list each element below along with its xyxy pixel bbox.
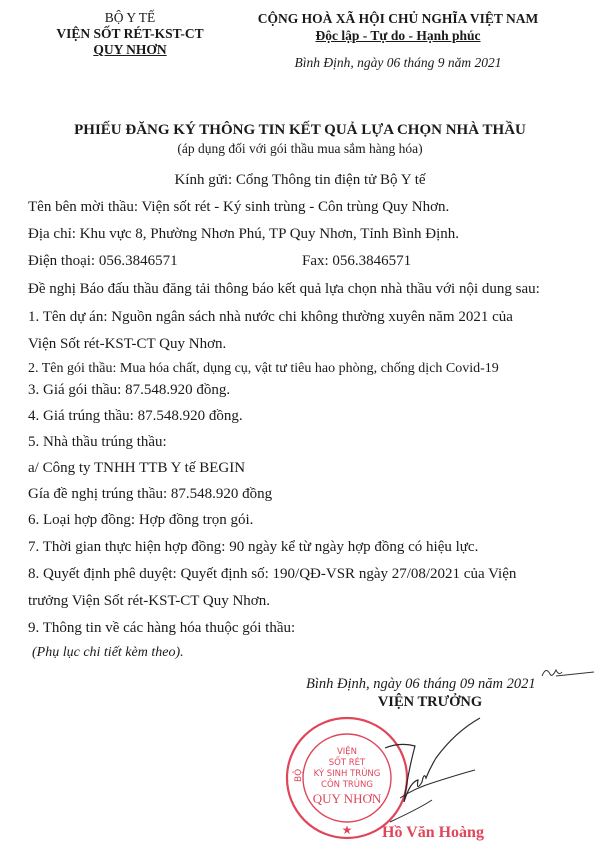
address-line: Địa chỉ: Khu vực 8, Phường Nhơn Phú, TP … [28, 226, 459, 243]
phone-line: Điện thoại: 056.3846571 [28, 253, 178, 270]
header-place-date: Bình Định, ngày 06 tháng 9 năm 2021 [248, 54, 548, 71]
national-motto: Độc lập - Tự do - Hạnh phúc [248, 27, 548, 44]
inviter-line: Tên bên mời thầu: Viện sốt rét - Ký sinh… [28, 199, 449, 216]
svg-text:★: ★ [342, 823, 353, 837]
item-5-line: 5. Nhà thầu trúng thầu: [28, 434, 167, 451]
institute-name: VIỆN SỐT RÉT-KST-CT [30, 26, 230, 42]
header-right: CỘNG HOÀ XÃ HỘI CHỦ NGHĨA VIỆT NAM Độc l… [248, 10, 548, 71]
ministry-name: BỘ Y TẾ [30, 10, 230, 26]
greeting: Kính gửi: Cổng Thông tin điện tử Bộ Y tế [0, 172, 600, 189]
item-2-line: 2. Tên gói thầu: Mua hóa chất, dụng cụ, … [28, 361, 499, 377]
institute-city: QUY NHƠN [30, 42, 230, 58]
request-line: Đề nghị Báo đấu thầu đăng tải thông báo … [28, 281, 540, 298]
item-5-price: Gía đề nghị trúng thầu: 87.548.920 đồng [28, 486, 272, 503]
document-title: PHIẾU ĐĂNG KÝ THÔNG TIN KẾT QUẢ LỰA CHỌN… [0, 122, 600, 139]
item-4-line: 4. Giá trúng thầu: 87.548.920 đồng. [28, 408, 243, 425]
item-7-line: 7. Thời gian thực hiện hợp đồng: 90 ngày… [28, 539, 478, 556]
item-5-contractor: a/ Công ty TNHH TTB Y tế BEGIN [28, 460, 245, 477]
item-3-line: 3. Giá gói thầu: 87.548.920 đồng. [28, 382, 230, 399]
signer-name: Hồ Văn Hoàng [382, 824, 484, 842]
appendix-note: (Phụ lục chi tiết kèm theo). [32, 645, 184, 661]
item-8-line-2: trưởng Viện Sốt rét-KST-CT Quy Nhơn. [28, 593, 270, 610]
initial-mark-icon [538, 662, 598, 686]
document-subtitle: (áp dụng đối với gói thầu mua sắm hàng h… [0, 141, 600, 157]
item-1-line-2: Viện Sốt rét-KST-CT Quy Nhơn. [28, 336, 226, 353]
signature-place-date: Bình Định, ngày 06 tháng 09 năm 2021 [306, 676, 536, 693]
fax-line: Fax: 056.3846571 [302, 253, 411, 270]
nation-name: CỘNG HOÀ XÃ HỘI CHỦ NGHĨA VIỆT NAM [248, 10, 548, 27]
header-left: BỘ Y TẾ VIỆN SỐT RÉT-KST-CT QUY NHƠN [30, 10, 230, 58]
signature-title: VIỆN TRƯỞNG [340, 694, 520, 711]
item-1-line-1: 1. Tên dự án: Nguồn ngân sách nhà nước c… [28, 309, 513, 326]
handwritten-signature-icon [360, 712, 490, 827]
item-9-line: 9. Thông tin về các hàng hóa thuộc gói t… [28, 620, 295, 637]
item-6-line: 6. Loại hợp đồng: Hợp đồng trọn gói. [28, 512, 253, 529]
item-8-line-1: 8. Quyết định phê duyệt: Quyết định số: … [28, 566, 516, 583]
